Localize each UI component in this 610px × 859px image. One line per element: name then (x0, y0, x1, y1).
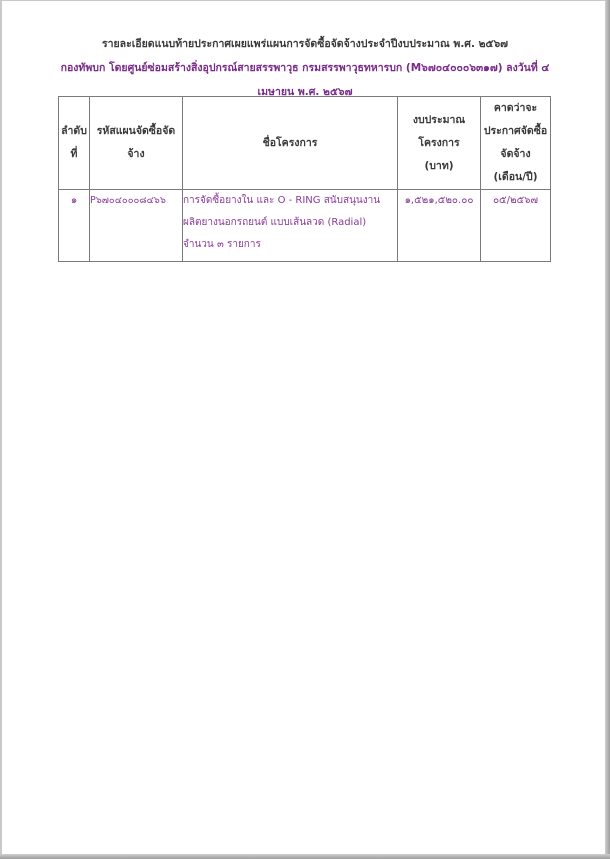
header-seq-line2: ที่ (59, 143, 89, 166)
page-border-top (0, 0, 610, 1)
cell-expected-date: ๐๕/๒๕๖๗ (481, 190, 551, 262)
document-subtitle-agency: กองทัพบก โดยศูนย์ซ่อมสร้างสิ่งอุปกรณ์สาย… (0, 59, 610, 76)
project-name-line2: ผลิตยางนอกรถยนต์ แบบเส้นลวด (Radial) (183, 212, 397, 234)
header-date-line3: จัดจ้าง (481, 143, 550, 166)
cell-plan-code: P๖๗๐๔๐๐๐๘๔๖๖ (90, 190, 183, 262)
header-plan-code-line1: รหัสแผนจัดซื้อจัด (90, 120, 182, 143)
header-plan-code-line2: จ้าง (90, 143, 182, 166)
project-name-line1: การจัดซื้อยางใน และ O - RING สนับสนุนงาน (183, 190, 397, 212)
page-shadow-right (605, 0, 610, 859)
document-title: รายละเอียดแนบท้ายประกาศเผยแพร่แผนการจัดซ… (0, 35, 610, 52)
header-date-line2: ประกาศจัดซื้อ (481, 120, 550, 143)
header-seq: ลำดับ ที่ (59, 97, 90, 190)
header-project-name: ชื่อโครงการ (183, 97, 398, 190)
table-header-row: ลำดับ ที่ รหัสแผนจัดซื้อจัด จ้าง ชื่อโคร… (59, 97, 551, 190)
header-date-line4: (เดือน/ปี) (481, 166, 550, 189)
header-date-line1: คาดว่าจะ (481, 97, 550, 120)
header-plan-code: รหัสแผนจัดซื้อจัด จ้าง (90, 97, 183, 190)
header-budget-line3: (บาท) (398, 155, 480, 178)
header-seq-line1: ลำดับ (59, 120, 89, 143)
project-name-line3: จำนวน ๓ รายการ (183, 234, 397, 256)
header-budget-line1: งบประมาณ (398, 109, 480, 132)
header-budget-line2: โครงการ (398, 132, 480, 155)
header-expected-date: คาดว่าจะ ประกาศจัดซื้อ จัดจ้าง (เดือน/ปี… (481, 97, 551, 190)
cell-seq: ๑ (59, 190, 90, 262)
header-budget: งบประมาณ โครงการ (บาท) (398, 97, 481, 190)
page-shadow-bottom (0, 854, 610, 859)
page-border-left (0, 0, 2, 859)
cell-project-name: การจัดซื้อยางใน และ O - RING สนับสนุนงาน… (183, 190, 398, 262)
procurement-plan-table: ลำดับ ที่ รหัสแผนจัดซื้อจัด จ้าง ชื่อโคร… (58, 96, 551, 262)
cell-budget: ๑,๕๒๑,๕๒๐.๐๐ (398, 190, 481, 262)
table-row: ๑ P๖๗๐๔๐๐๐๘๔๖๖ การจัดซื้อยางใน และ O - R… (59, 190, 551, 262)
